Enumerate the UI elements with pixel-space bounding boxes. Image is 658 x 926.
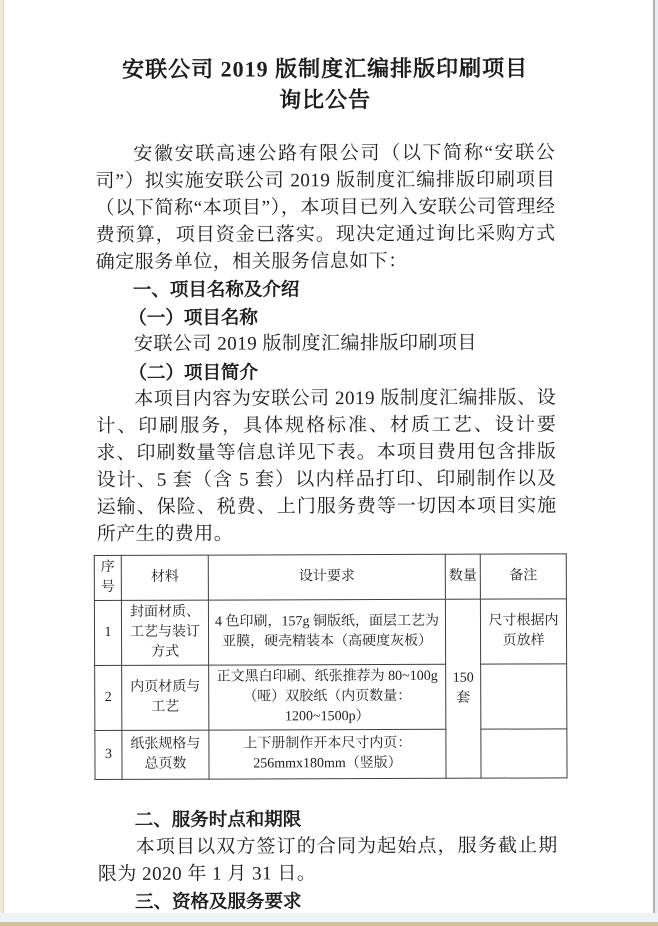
title-line-2: 询比公告	[95, 83, 555, 116]
cell-remark: 尺寸根据内页放样	[480, 599, 566, 664]
table-row: 3 纸张规格与总页数 上下册制作开本尺寸内页：256mmx180mm（竖版）	[95, 729, 567, 780]
service-period-paragraph: 本项目以双方签订的合同为起始点，服务截止期限为 2020 年 1 月 31 日。	[98, 832, 558, 888]
specifications-table: 序号 材料 设计要求 数量 备注 1 封面材质、工艺与装订方式 4 色印刷，15…	[94, 553, 568, 780]
project-name-line: 安联公司 2019 版制度汇编排版印刷项目	[96, 329, 556, 358]
cell-no: 3	[95, 730, 122, 779]
title-line-1: 安联公司 2019 版制度汇编排版印刷项目	[95, 52, 555, 85]
cell-material: 纸张规格与总页数	[122, 730, 209, 779]
table-row: 2 内页材质与工艺 正文黑白印刷、纸张推荐为 80~100g（哑）双胶纸（内页数…	[95, 664, 567, 731]
cell-requirement: 上下册制作开本尺寸内页：256mmx180mm（竖版）	[209, 729, 446, 779]
cell-material: 内页材质与工艺	[122, 665, 209, 730]
page-left-edge	[0, 0, 4, 926]
project-brief-paragraph: 本项目内容为安联公司 2019 版制度汇编排版、设计、印刷服务，具体规格标准、材…	[96, 384, 557, 548]
cell-no: 1	[94, 600, 121, 665]
cell-quantity-merged: 150 套	[445, 599, 481, 778]
col-header-requirement: 设计要求	[208, 554, 445, 600]
cell-no: 2	[95, 665, 122, 730]
cell-material: 封面材质、工艺与装订方式	[121, 600, 208, 665]
scan-bottom-strip	[0, 922, 658, 926]
cell-remark	[481, 664, 567, 729]
col-header-no: 序号	[94, 555, 121, 600]
section-1-heading: 一、项目名称及介绍	[96, 274, 556, 303]
col-header-remark: 备注	[480, 554, 566, 599]
document-title: 安联公司 2019 版制度汇编排版印刷项目 询比公告	[95, 52, 555, 116]
section-3-heading: 三、资格及服务要求	[98, 886, 558, 915]
section-1-1-heading: （一）项目名称	[96, 302, 556, 331]
cell-requirement: 正文黑白印刷、纸张推荐为 80~100g（哑）双胶纸（内页数量：1200~150…	[209, 664, 446, 730]
page-right-edge	[653, 0, 655, 917]
intro-paragraph: 安徽安联高速公路有限公司（以下简称“安联公司”）拟实施安联公司 2019 版制度…	[95, 139, 555, 276]
document-content: 安联公司 2019 版制度汇编排版印刷项目 询比公告 安徽安联高速公路有限公司（…	[95, 52, 558, 915]
section-1-2-heading: （二）项目简介	[96, 357, 556, 386]
scanned-document-page: 安联公司 2019 版制度汇编排版印刷项目 询比公告 安徽安联高速公路有限公司（…	[0, 0, 658, 926]
col-header-material: 材料	[121, 555, 208, 600]
cell-remark	[481, 729, 567, 778]
table-header-row: 序号 材料 设计要求 数量 备注	[94, 554, 566, 601]
table-row: 1 封面材质、工艺与装订方式 4 色印刷，157g 铜版纸，面层工艺为亚膜，硬壳…	[94, 599, 566, 666]
col-header-quantity: 数量	[445, 554, 480, 599]
section-2-heading: 二、服务时点和期限	[98, 804, 558, 833]
cell-requirement: 4 色印刷，157g 铜版纸，面层工艺为亚膜，硬壳精装本（高硬度灰板）	[208, 599, 445, 665]
